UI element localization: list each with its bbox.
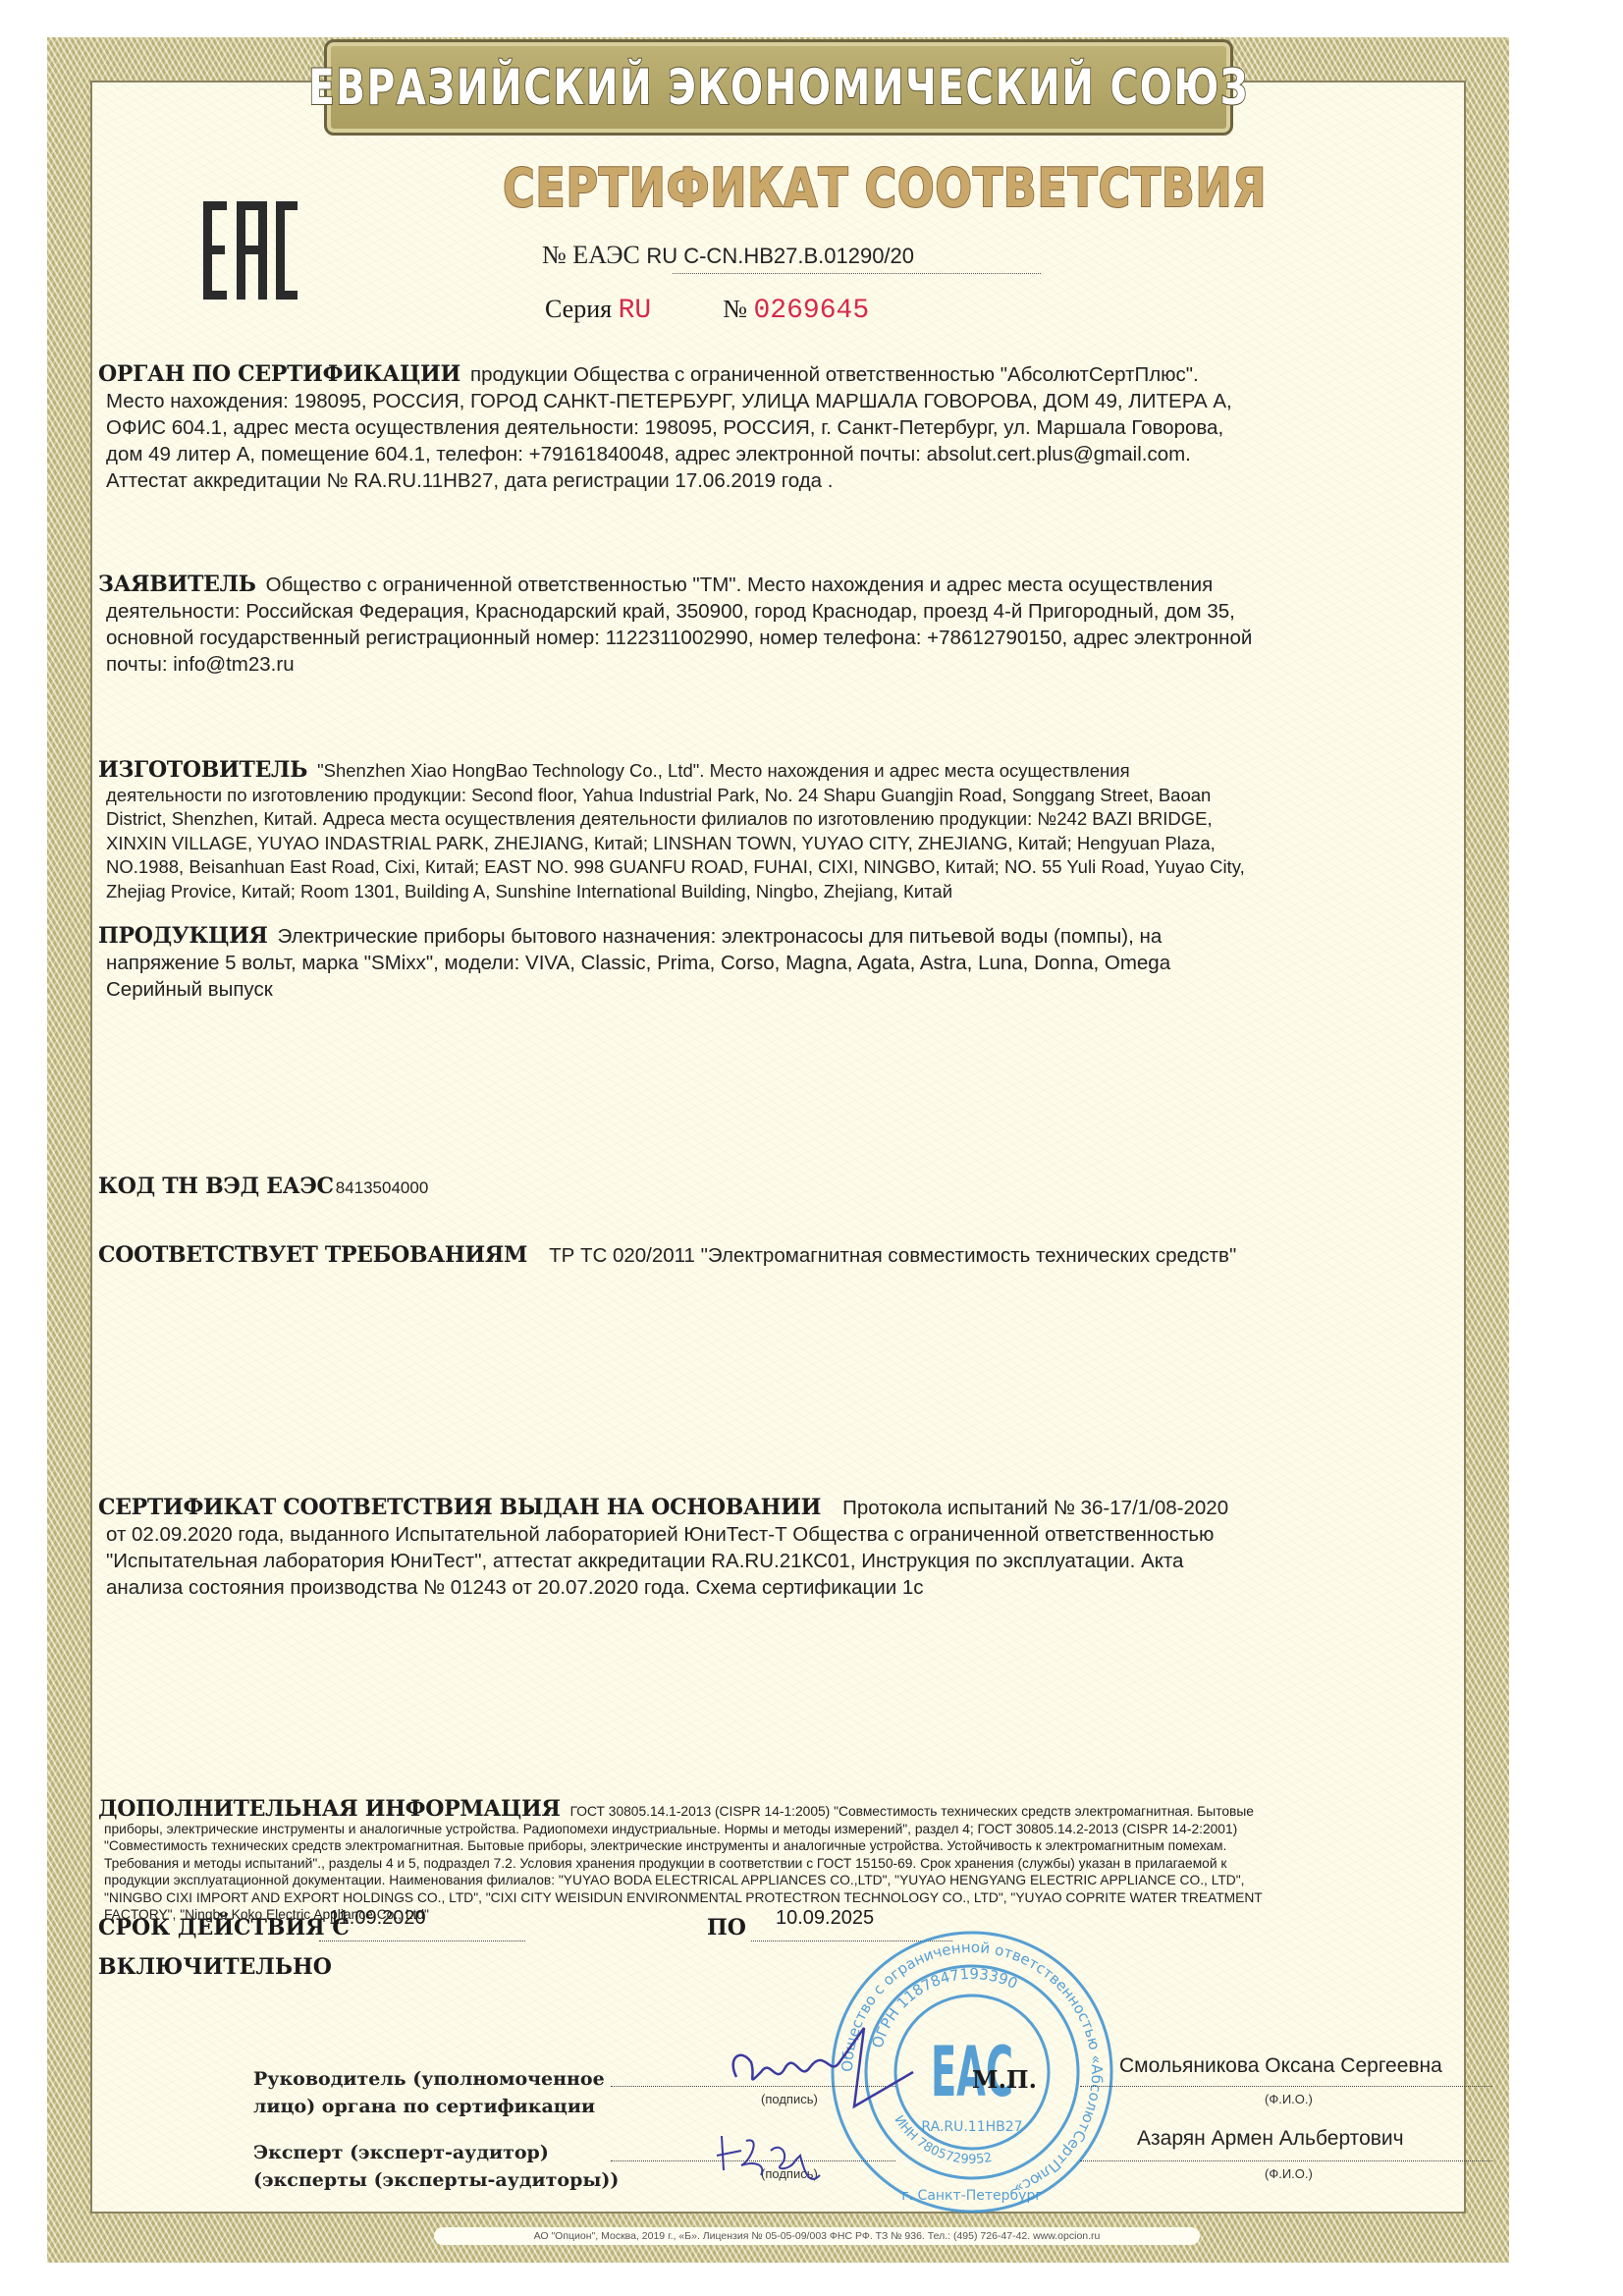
union-title: ЕВРАЗИЙСКИЙ ЭКОНОМИЧЕСКИЙ СОЮЗ <box>308 59 1249 116</box>
section-certification-body: ОРГАН ПО СЕРТИФИКАЦИИпродукции Общества … <box>98 361 1532 494</box>
section-manufacturer: ИЗГОТОВИТЕЛЬ"Shenzhen Xiao HongBao Techn… <box>98 758 1532 903</box>
certificate-number: № ЕАЭС RU C-CN.HB27.B.01290/20 <box>542 241 914 270</box>
seal-label: М.П. <box>972 2065 1037 2094</box>
section-heading: СООТВЕТСТВУЕТ ТРЕБОВАНИЯМ <box>98 1242 527 1268</box>
head-fio-line <box>1080 2086 1492 2087</box>
series-line: Серия RU № 0269645 <box>545 295 869 326</box>
eac-logo-icon <box>201 201 299 300</box>
section-additional-info: ДОПОЛНИТЕЛЬНАЯ ИНФОРМАЦИЯГОСТ 30805.14.1… <box>98 1801 1522 1924</box>
svg-text:г. Санкт-Петербург: г. Санкт-Петербург <box>901 2188 1042 2204</box>
series-label: Серия <box>545 295 612 323</box>
section-heading: ИЗГОТОВИТЕЛЬ <box>98 757 307 783</box>
section-heading: СЕРТИФИКАТ СООТВЕТСТВИЯ ВЫДАН НА ОСНОВАН… <box>98 1495 821 1520</box>
expert-fio-line <box>1080 2160 1492 2161</box>
head-signature-icon <box>717 2018 943 2126</box>
section-requirements: СООТВЕТСТВУЕТ ТРЕБОВАНИЯМТР ТС 020/2011 … <box>98 1242 1532 1269</box>
number-underline <box>673 273 1041 274</box>
head-name: Смольяникова Оксана Сергеевна <box>1119 2054 1442 2078</box>
expert-signature-icon <box>712 2116 849 2195</box>
validity-to-label: ПО <box>707 1915 746 1941</box>
expert-name: Азарян Армен Альбертович <box>1137 2127 1404 2151</box>
validity-from-date: 11.09.2020 <box>329 1907 426 1930</box>
section-product: ПРОДУКЦИЯЭлектрические приборы бытового … <box>98 923 1532 1003</box>
series-value: RU <box>619 296 652 326</box>
hs-code-value: 8413504000 <box>336 1178 429 1197</box>
requirements-value: ТР ТС 020/2011 "Электромагнитная совмест… <box>549 1244 1236 1267</box>
blank-number-label: № <box>723 295 747 323</box>
printer-footer: АО "Опцион", Москва, 2019 г., «Б». Лицен… <box>434 2227 1200 2245</box>
validity-from-label: СРОК ДЕЙСТВИЯ С <box>98 1915 350 1941</box>
section-heading: КОД ТН ВЭД ЕАЭС <box>98 1174 334 1199</box>
expert-label: Эксперт (эксперт-аудитор) (эксперты (экс… <box>253 2139 619 2194</box>
section-heading: ПРОДУКЦИЯ <box>98 923 268 949</box>
section-heading: ДОПОЛНИТЕЛЬНАЯ ИНФОРМАЦИЯ <box>98 1796 561 1822</box>
section-basis: СЕРТИФИКАТ СООТВЕТСТВИЯ ВЫДАН НА ОСНОВАН… <box>98 1495 1532 1601</box>
union-banner: ЕВРАЗИЙСКИЙ ЭКОНОМИЧЕСКИЙ СОЮЗ <box>324 39 1233 136</box>
number-label: № ЕАЭС <box>542 241 640 269</box>
head-fio-caption: (Ф.И.О.) <box>1265 2092 1313 2106</box>
section-hs-code: КОД ТН ВЭД ЕАЭС8413504000 <box>98 1174 1532 1201</box>
blank-number-value: 0269645 <box>754 296 870 326</box>
section-applicant: ЗАЯВИТЕЛЬОбщество с ограниченной ответст… <box>98 572 1532 678</box>
section-heading: ЗАЯВИТЕЛЬ <box>98 572 256 597</box>
expert-fio-caption: (Ф.И.О.) <box>1265 2166 1313 2181</box>
head-label: Руководитель (уполномоченное лицо) орган… <box>253 2065 605 2120</box>
section-heading: ОРГАН ПО СЕРТИФИКАЦИИ <box>98 361 460 387</box>
certificate-title: СЕРТИФИКАТ СООТВЕТСТВИЯ <box>503 157 1058 219</box>
number-value: RU C-CN.HB27.B.01290/20 <box>646 244 914 268</box>
